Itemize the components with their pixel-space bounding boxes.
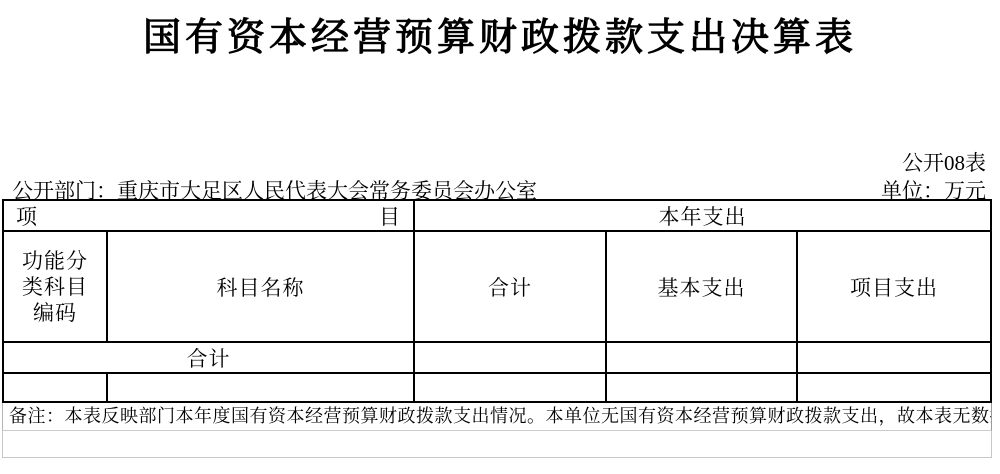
table-header-row-2: 功能分类科目编码 科目名称 合计 基本支出 项目支出 — [4, 232, 990, 343]
empty-row-code-cell — [4, 374, 108, 401]
table-empty-row — [4, 374, 990, 403]
header-cell-basic-expense: 基本支出 — [607, 232, 798, 341]
header-cell-function-code: 功能分类科目编码 — [4, 232, 108, 341]
header-cell-item: 项 目 — [4, 201, 415, 230]
header-cell-current-year: 本年支出 — [415, 201, 990, 230]
table-total-row: 合计 — [4, 343, 990, 374]
empty-row-basic-cell — [607, 374, 798, 401]
total-row-total-value — [415, 343, 607, 372]
header-cell-project-expense: 项目支出 — [798, 232, 990, 341]
total-row-label: 合计 — [4, 343, 415, 372]
note-row: 备注：本表反映部门本年度国有资本经营预算财政拨款支出情况。本单位无国有资本经营预… — [2, 403, 992, 431]
table-header-row-1: 项 目 本年支出 — [4, 201, 990, 232]
header-cell-total: 合计 — [415, 232, 607, 341]
sheet-number: 公开08表 — [902, 147, 986, 177]
empty-row-name-cell — [108, 374, 415, 401]
budget-table: 项 目 本年支出 功能分类科目编码 科目名称 合计 基本支出 项目支出 合计 — [2, 199, 992, 403]
page-title: 国有资本经营预算财政拨款支出决算表 — [0, 6, 1000, 61]
empty-row-project-cell — [798, 374, 990, 401]
empty-row-total-cell — [415, 374, 607, 401]
header-cell-subject-name: 科目名称 — [108, 232, 415, 341]
function-code-label: 功能分类科目编码 — [21, 248, 89, 326]
item-label-right: 目 — [379, 201, 401, 231]
total-row-basic-value — [607, 343, 798, 372]
item-label-left: 项 — [16, 201, 38, 231]
total-row-project-value — [798, 343, 990, 372]
blank-footer-row — [2, 431, 992, 458]
